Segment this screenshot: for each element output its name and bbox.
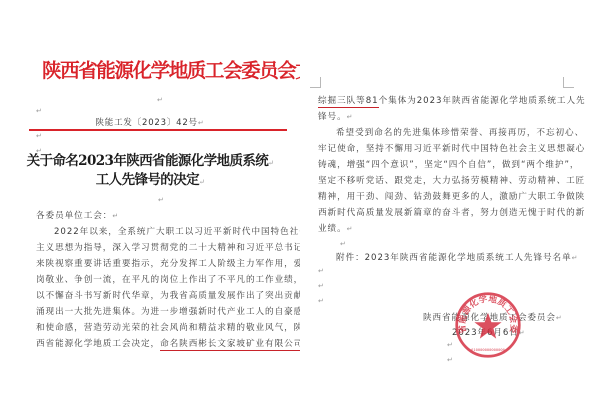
document-page-right: 综掘三队等81个集体为2023年陕西省能源化学地质系统工人先 锋号。↵ 希望受到… bbox=[300, 0, 600, 400]
body-line: 铸魂，增强“四个意识”，坚定“四个自信”，做到“两个维护”， bbox=[318, 157, 579, 173]
body-line-first: 综掘三队等81个集体为2023年陕西省能源化学地质系统工人先 bbox=[318, 93, 586, 109]
body-line: 主义思想为指导，深入学习贯彻党的二十大精神和习近平总书记 bbox=[36, 240, 303, 256]
paragraph-mark-icon: ↵ bbox=[112, 212, 119, 220]
crop-mark-top-left bbox=[310, 77, 321, 88]
decision-title-line-2: 工人先锋号的决定↵ bbox=[0, 170, 300, 192]
paragraph-mark-icon: ↵ bbox=[268, 159, 273, 167]
body-line-text: 锋号。 bbox=[318, 112, 347, 122]
paragraph-mark-icon: ↵ bbox=[199, 178, 204, 186]
body-line-text: 个集体为2023年陕西省能源化学地质系统工人先 bbox=[379, 96, 586, 106]
document-number-text: 陕能工发〔2023〕42号 bbox=[95, 118, 197, 128]
body-line: 业绩。↵ bbox=[318, 221, 353, 237]
document-viewer: 陕西省能源化学地质工会委员会文件⟵ ↵ ↵ 陕能工发〔2023〕42号↵ ↵ ↵… bbox=[0, 0, 600, 400]
paragraph-mark-icon: ↵ bbox=[318, 282, 324, 290]
paragraph-mark-icon: ↵ bbox=[447, 341, 453, 349]
body-line: 牢记使命，坚持不懈用习近平新时代中国特色社会主义思想凝心 bbox=[318, 141, 585, 157]
highlighted-company-name: 命名陕西彬长文家坡矿业有限公司 bbox=[160, 339, 303, 351]
paragraph-mark-icon: ↵ bbox=[340, 240, 346, 248]
official-seal-icon: 陕西省能源化学地质工会委员会 610000000000000 bbox=[454, 291, 522, 359]
body-line-text: 业绩。 bbox=[318, 224, 347, 234]
body-line-text: 西省能源化学地质工会决定， bbox=[36, 339, 160, 349]
red-divider-rule bbox=[29, 129, 287, 131]
body-line: 精神，用干劲、闯劲、钻劲鼓舞更多的人，激励广大职工争做陕 bbox=[318, 189, 585, 205]
paragraph-mark-icon: ↵ bbox=[36, 107, 42, 115]
decision-title-text: 关于命名2023年陕西省能源化学地质系统 bbox=[27, 153, 269, 169]
salutation-text: 各委员单位工会： bbox=[36, 211, 112, 221]
body-line: 坚定不移听党话、跟党走，大力弘扬劳模精神、劳动精神、工匠 bbox=[318, 173, 585, 189]
paragraph-mark-icon: ↵ bbox=[157, 96, 163, 104]
body-line: 以不懈奋斗书写新时代华章，为我省高质量发展作出了突出贡献， bbox=[36, 288, 313, 304]
body-line-last: 西省能源化学地质工会决定，命名陕西彬长文家坡矿业有限公司 bbox=[36, 336, 303, 352]
body-line: 和使命感，营造劳动光荣的社会风尚和精益求精的敬业风气，陕 bbox=[36, 320, 303, 336]
attachment-text: 附件：2023年陕西省能源化学地质系统工人先锋号名单 bbox=[336, 253, 572, 263]
paragraph-mark-icon: ↵ bbox=[198, 119, 205, 127]
seal-code: 610000000000000 bbox=[471, 348, 505, 352]
paragraph-mark-icon: ↵ bbox=[318, 267, 324, 275]
document-page-left: 陕西省能源化学地质工会委员会文件⟵ ↵ ↵ 陕能工发〔2023〕42号↵ ↵ ↵… bbox=[0, 0, 300, 400]
paragraph-mark-icon: ↵ bbox=[347, 113, 354, 121]
attachment-line: 附件：2023年陕西省能源化学地质系统工人先锋号名单↵ bbox=[336, 250, 578, 266]
paragraph-mark-icon: ↵ bbox=[556, 314, 563, 322]
paragraph-mark-icon: ↵ bbox=[572, 254, 579, 262]
body-line: 锋号。↵ bbox=[318, 109, 353, 125]
body-line: 西新时代高质量发展新篇章的奋斗者，努力创造无愧于时代的新 bbox=[318, 205, 585, 221]
paragraph-mark-icon: ↵ bbox=[158, 196, 164, 204]
salutation: 各委员单位工会：↵ bbox=[36, 208, 119, 224]
paragraph-mark-icon: ↵ bbox=[347, 225, 354, 233]
highlighted-team-name: 综掘三队等81 bbox=[318, 96, 379, 108]
document-number: 陕能工发〔2023〕42号↵ bbox=[0, 116, 300, 128]
decision-title-text: 工人先锋号的决定 bbox=[96, 172, 199, 188]
body-line: 2022年以来，全系统广大职工以习近平新时代中国特色社会 bbox=[54, 224, 309, 240]
body-line: 希望受到命名的先进集体珍惜荣誉、再接再厉，不忘初心、 bbox=[336, 125, 584, 141]
crop-mark-top-right bbox=[563, 77, 574, 88]
header-title-text: 陕西省能源化学地质工会委员会文件 bbox=[42, 59, 332, 82]
paragraph-mark-icon: ↵ bbox=[447, 356, 453, 364]
body-line: 岗敬业、争创一流，在平凡的岗位上作出了不平凡的工作业绩， bbox=[36, 272, 303, 288]
paragraph-mark-icon: ↵ bbox=[36, 132, 42, 140]
body-line: 来陕视察重要讲话重要指示，充分发挥工人阶级主力军作用，爱 bbox=[36, 256, 303, 272]
body-line: 涌现出一大批先进集体。为进一步增强新时代产业工人的自豪感 bbox=[36, 304, 303, 320]
paragraph-mark-icon: ↵ bbox=[318, 297, 324, 305]
